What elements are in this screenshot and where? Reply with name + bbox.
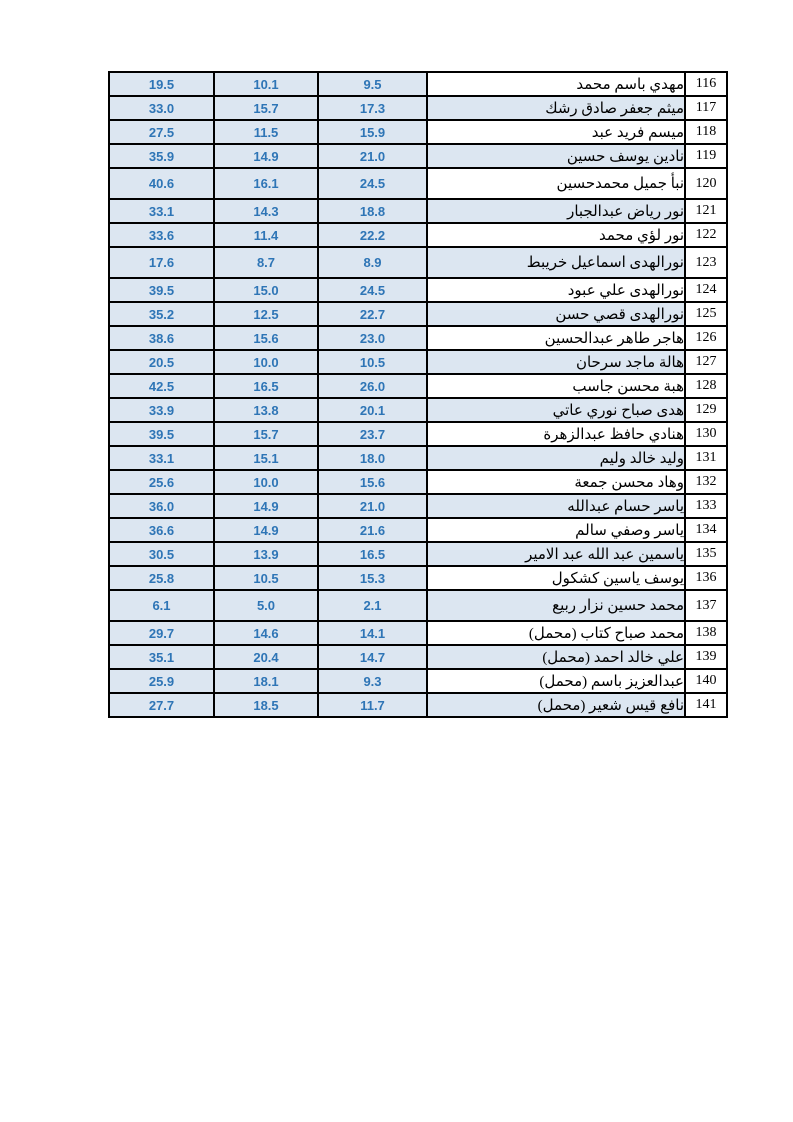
student-name-cell: نور لؤي محمد: [427, 223, 685, 247]
score-cell-2: 13.9: [214, 542, 318, 566]
table-row: 35.914.921.0نادين يوسف حسين119: [109, 144, 727, 168]
score-cell-3: 14.7: [318, 645, 427, 669]
score-cell-1: 33.1: [109, 199, 214, 223]
table-row: 42.516.526.0هبة محسن جاسب128: [109, 374, 727, 398]
table-row: 17.68.78.9نورالهدى اسماعيل خريبط123: [109, 247, 727, 278]
score-cell-1: 19.5: [109, 72, 214, 96]
score-cell-3: 9.3: [318, 669, 427, 693]
table-row: 35.212.522.7نورالهدى قصي حسن125: [109, 302, 727, 326]
score-cell-1: 40.6: [109, 168, 214, 199]
score-cell-3: 22.7: [318, 302, 427, 326]
row-number-cell: 117: [685, 96, 727, 120]
document-page: 19.510.19.5مهدي باسم محمد11633.015.717.3…: [0, 0, 793, 1122]
score-cell-3: 23.0: [318, 326, 427, 350]
student-name-cell: هنادي حافظ عبدالزهرة: [427, 422, 685, 446]
row-number-cell: 141: [685, 693, 727, 717]
student-name-cell: يوسف ياسين كشكول: [427, 566, 685, 590]
score-cell-3: 17.3: [318, 96, 427, 120]
score-cell-1: 38.6: [109, 326, 214, 350]
score-cell-3: 10.5: [318, 350, 427, 374]
student-name-cell: وهاد محسن جمعة: [427, 470, 685, 494]
table-row: 25.918.19.3عبدالعزيز باسم (محمل)140: [109, 669, 727, 693]
student-name-cell: محمد حسين نزار ربيع: [427, 590, 685, 621]
score-cell-2: 12.5: [214, 302, 318, 326]
score-cell-2: 15.7: [214, 422, 318, 446]
score-cell-3: 16.5: [318, 542, 427, 566]
score-cell-2: 10.1: [214, 72, 318, 96]
row-number-cell: 120: [685, 168, 727, 199]
row-number-cell: 135: [685, 542, 727, 566]
score-cell-1: 6.1: [109, 590, 214, 621]
student-name-cell: نورالهدى قصي حسن: [427, 302, 685, 326]
student-name-cell: وليد خالد وليم: [427, 446, 685, 470]
score-cell-1: 25.8: [109, 566, 214, 590]
student-name-cell: ياسر حسام عبدالله: [427, 494, 685, 518]
student-name-cell: ميثم جعفر صادق رشك: [427, 96, 685, 120]
table-row: 19.510.19.5مهدي باسم محمد116: [109, 72, 727, 96]
row-number-cell: 116: [685, 72, 727, 96]
student-name-cell: نور رياض عبدالجبار: [427, 199, 685, 223]
row-number-cell: 129: [685, 398, 727, 422]
row-number-cell: 133: [685, 494, 727, 518]
score-cell-3: 11.7: [318, 693, 427, 717]
row-number-cell: 123: [685, 247, 727, 278]
score-cell-3: 22.2: [318, 223, 427, 247]
student-name-cell: عبدالعزيز باسم (محمل): [427, 669, 685, 693]
score-cell-2: 14.9: [214, 144, 318, 168]
table-row: 40.616.124.5نبأ جميل محمدحسين120: [109, 168, 727, 199]
scores-table: 19.510.19.5مهدي باسم محمد11633.015.717.3…: [108, 71, 728, 718]
row-number-cell: 140: [685, 669, 727, 693]
table-row: 33.611.422.2نور لؤي محمد122: [109, 223, 727, 247]
score-cell-2: 11.5: [214, 120, 318, 144]
table-row: 33.114.318.8نور رياض عبدالجبار121: [109, 199, 727, 223]
score-cell-1: 33.9: [109, 398, 214, 422]
score-cell-1: 27.7: [109, 693, 214, 717]
score-cell-2: 20.4: [214, 645, 318, 669]
score-cell-1: 36.0: [109, 494, 214, 518]
row-number-cell: 138: [685, 621, 727, 645]
score-cell-1: 35.1: [109, 645, 214, 669]
score-cell-3: 15.9: [318, 120, 427, 144]
score-cell-3: 24.5: [318, 278, 427, 302]
score-cell-3: 21.0: [318, 494, 427, 518]
score-cell-3: 15.6: [318, 470, 427, 494]
score-cell-1: 17.6: [109, 247, 214, 278]
score-cell-2: 15.6: [214, 326, 318, 350]
score-cell-3: 21.0: [318, 144, 427, 168]
student-name-cell: هدى صباح نوري عاتي: [427, 398, 685, 422]
table-row: 36.014.921.0ياسر حسام عبدالله133: [109, 494, 727, 518]
score-cell-3: 18.0: [318, 446, 427, 470]
score-cell-3: 2.1: [318, 590, 427, 621]
student-name-cell: هاجر طاهر عبدالحسين: [427, 326, 685, 350]
table-row: 36.614.921.6ياسر وصفي سالم134: [109, 518, 727, 542]
table-row: 38.615.623.0هاجر طاهر عبدالحسين126: [109, 326, 727, 350]
score-cell-2: 10.0: [214, 350, 318, 374]
row-number-cell: 118: [685, 120, 727, 144]
score-cell-2: 14.3: [214, 199, 318, 223]
table-row: 25.810.515.3يوسف ياسين كشكول136: [109, 566, 727, 590]
score-cell-1: 25.9: [109, 669, 214, 693]
table-row: 30.513.916.5ياسمين عبد الله عبد الامير13…: [109, 542, 727, 566]
score-cell-2: 13.8: [214, 398, 318, 422]
score-cell-2: 5.0: [214, 590, 318, 621]
score-cell-2: 10.0: [214, 470, 318, 494]
score-cell-3: 14.1: [318, 621, 427, 645]
score-cell-3: 23.7: [318, 422, 427, 446]
row-number-cell: 119: [685, 144, 727, 168]
table-row: 29.714.614.1محمد صباح كتاب (محمل)138: [109, 621, 727, 645]
score-cell-2: 15.0: [214, 278, 318, 302]
score-cell-3: 15.3: [318, 566, 427, 590]
student-name-cell: هبة محسن جاسب: [427, 374, 685, 398]
score-cell-1: 35.2: [109, 302, 214, 326]
score-cell-2: 18.5: [214, 693, 318, 717]
table-row: 39.515.024.5نورالهدى علي عبود124: [109, 278, 727, 302]
student-name-cell: نافع قيس شعير (محمل): [427, 693, 685, 717]
student-name-cell: نادين يوسف حسين: [427, 144, 685, 168]
table-row: 20.510.010.5هالة ماجد سرحان127: [109, 350, 727, 374]
score-cell-2: 15.7: [214, 96, 318, 120]
table-row: 33.115.118.0وليد خالد وليم131: [109, 446, 727, 470]
score-cell-1: 27.5: [109, 120, 214, 144]
score-cell-2: 14.6: [214, 621, 318, 645]
score-cell-1: 25.6: [109, 470, 214, 494]
score-cell-1: 39.5: [109, 278, 214, 302]
student-name-cell: علي خالد احمد (محمل): [427, 645, 685, 669]
student-name-cell: مهدي باسم محمد: [427, 72, 685, 96]
student-name-cell: ياسر وصفي سالم: [427, 518, 685, 542]
score-cell-3: 20.1: [318, 398, 427, 422]
score-cell-2: 15.1: [214, 446, 318, 470]
row-number-cell: 127: [685, 350, 727, 374]
score-cell-1: 30.5: [109, 542, 214, 566]
row-number-cell: 121: [685, 199, 727, 223]
table-row: 25.610.015.6وهاد محسن جمعة132: [109, 470, 727, 494]
score-cell-3: 8.9: [318, 247, 427, 278]
table-row: 33.015.717.3ميثم جعفر صادق رشك117: [109, 96, 727, 120]
scores-table-body: 19.510.19.5مهدي باسم محمد11633.015.717.3…: [109, 72, 727, 717]
row-number-cell: 126: [685, 326, 727, 350]
score-cell-1: 33.0: [109, 96, 214, 120]
student-name-cell: محمد صباح كتاب (محمل): [427, 621, 685, 645]
score-cell-3: 9.5: [318, 72, 427, 96]
row-number-cell: 124: [685, 278, 727, 302]
score-cell-2: 16.1: [214, 168, 318, 199]
score-cell-1: 39.5: [109, 422, 214, 446]
row-number-cell: 122: [685, 223, 727, 247]
student-name-cell: نورالهدى اسماعيل خريبط: [427, 247, 685, 278]
score-cell-2: 10.5: [214, 566, 318, 590]
student-name-cell: هالة ماجد سرحان: [427, 350, 685, 374]
row-number-cell: 125: [685, 302, 727, 326]
score-cell-1: 33.1: [109, 446, 214, 470]
score-cell-1: 29.7: [109, 621, 214, 645]
score-cell-3: 26.0: [318, 374, 427, 398]
score-cell-1: 33.6: [109, 223, 214, 247]
score-cell-3: 18.8: [318, 199, 427, 223]
score-cell-1: 36.6: [109, 518, 214, 542]
score-cell-2: 14.9: [214, 518, 318, 542]
row-number-cell: 137: [685, 590, 727, 621]
table-row: 6.15.02.1محمد حسين نزار ربيع137: [109, 590, 727, 621]
score-cell-2: 14.9: [214, 494, 318, 518]
row-number-cell: 131: [685, 446, 727, 470]
score-cell-3: 24.5: [318, 168, 427, 199]
table-row: 35.120.414.7علي خالد احمد (محمل)139: [109, 645, 727, 669]
score-cell-3: 21.6: [318, 518, 427, 542]
student-name-cell: نورالهدى علي عبود: [427, 278, 685, 302]
row-number-cell: 128: [685, 374, 727, 398]
row-number-cell: 136: [685, 566, 727, 590]
row-number-cell: 139: [685, 645, 727, 669]
score-cell-1: 35.9: [109, 144, 214, 168]
row-number-cell: 130: [685, 422, 727, 446]
student-name-cell: ميسم فريد عبد: [427, 120, 685, 144]
score-cell-2: 16.5: [214, 374, 318, 398]
student-name-cell: نبأ جميل محمدحسين: [427, 168, 685, 199]
score-cell-1: 42.5: [109, 374, 214, 398]
score-cell-2: 8.7: [214, 247, 318, 278]
table-row: 33.913.820.1هدى صباح نوري عاتي129: [109, 398, 727, 422]
score-cell-1: 20.5: [109, 350, 214, 374]
score-cell-2: 11.4: [214, 223, 318, 247]
table-row: 27.511.515.9ميسم فريد عبد118: [109, 120, 727, 144]
row-number-cell: 132: [685, 470, 727, 494]
row-number-cell: 134: [685, 518, 727, 542]
score-cell-2: 18.1: [214, 669, 318, 693]
table-row: 27.718.511.7نافع قيس شعير (محمل)141: [109, 693, 727, 717]
student-name-cell: ياسمين عبد الله عبد الامير: [427, 542, 685, 566]
table-row: 39.515.723.7هنادي حافظ عبدالزهرة130: [109, 422, 727, 446]
